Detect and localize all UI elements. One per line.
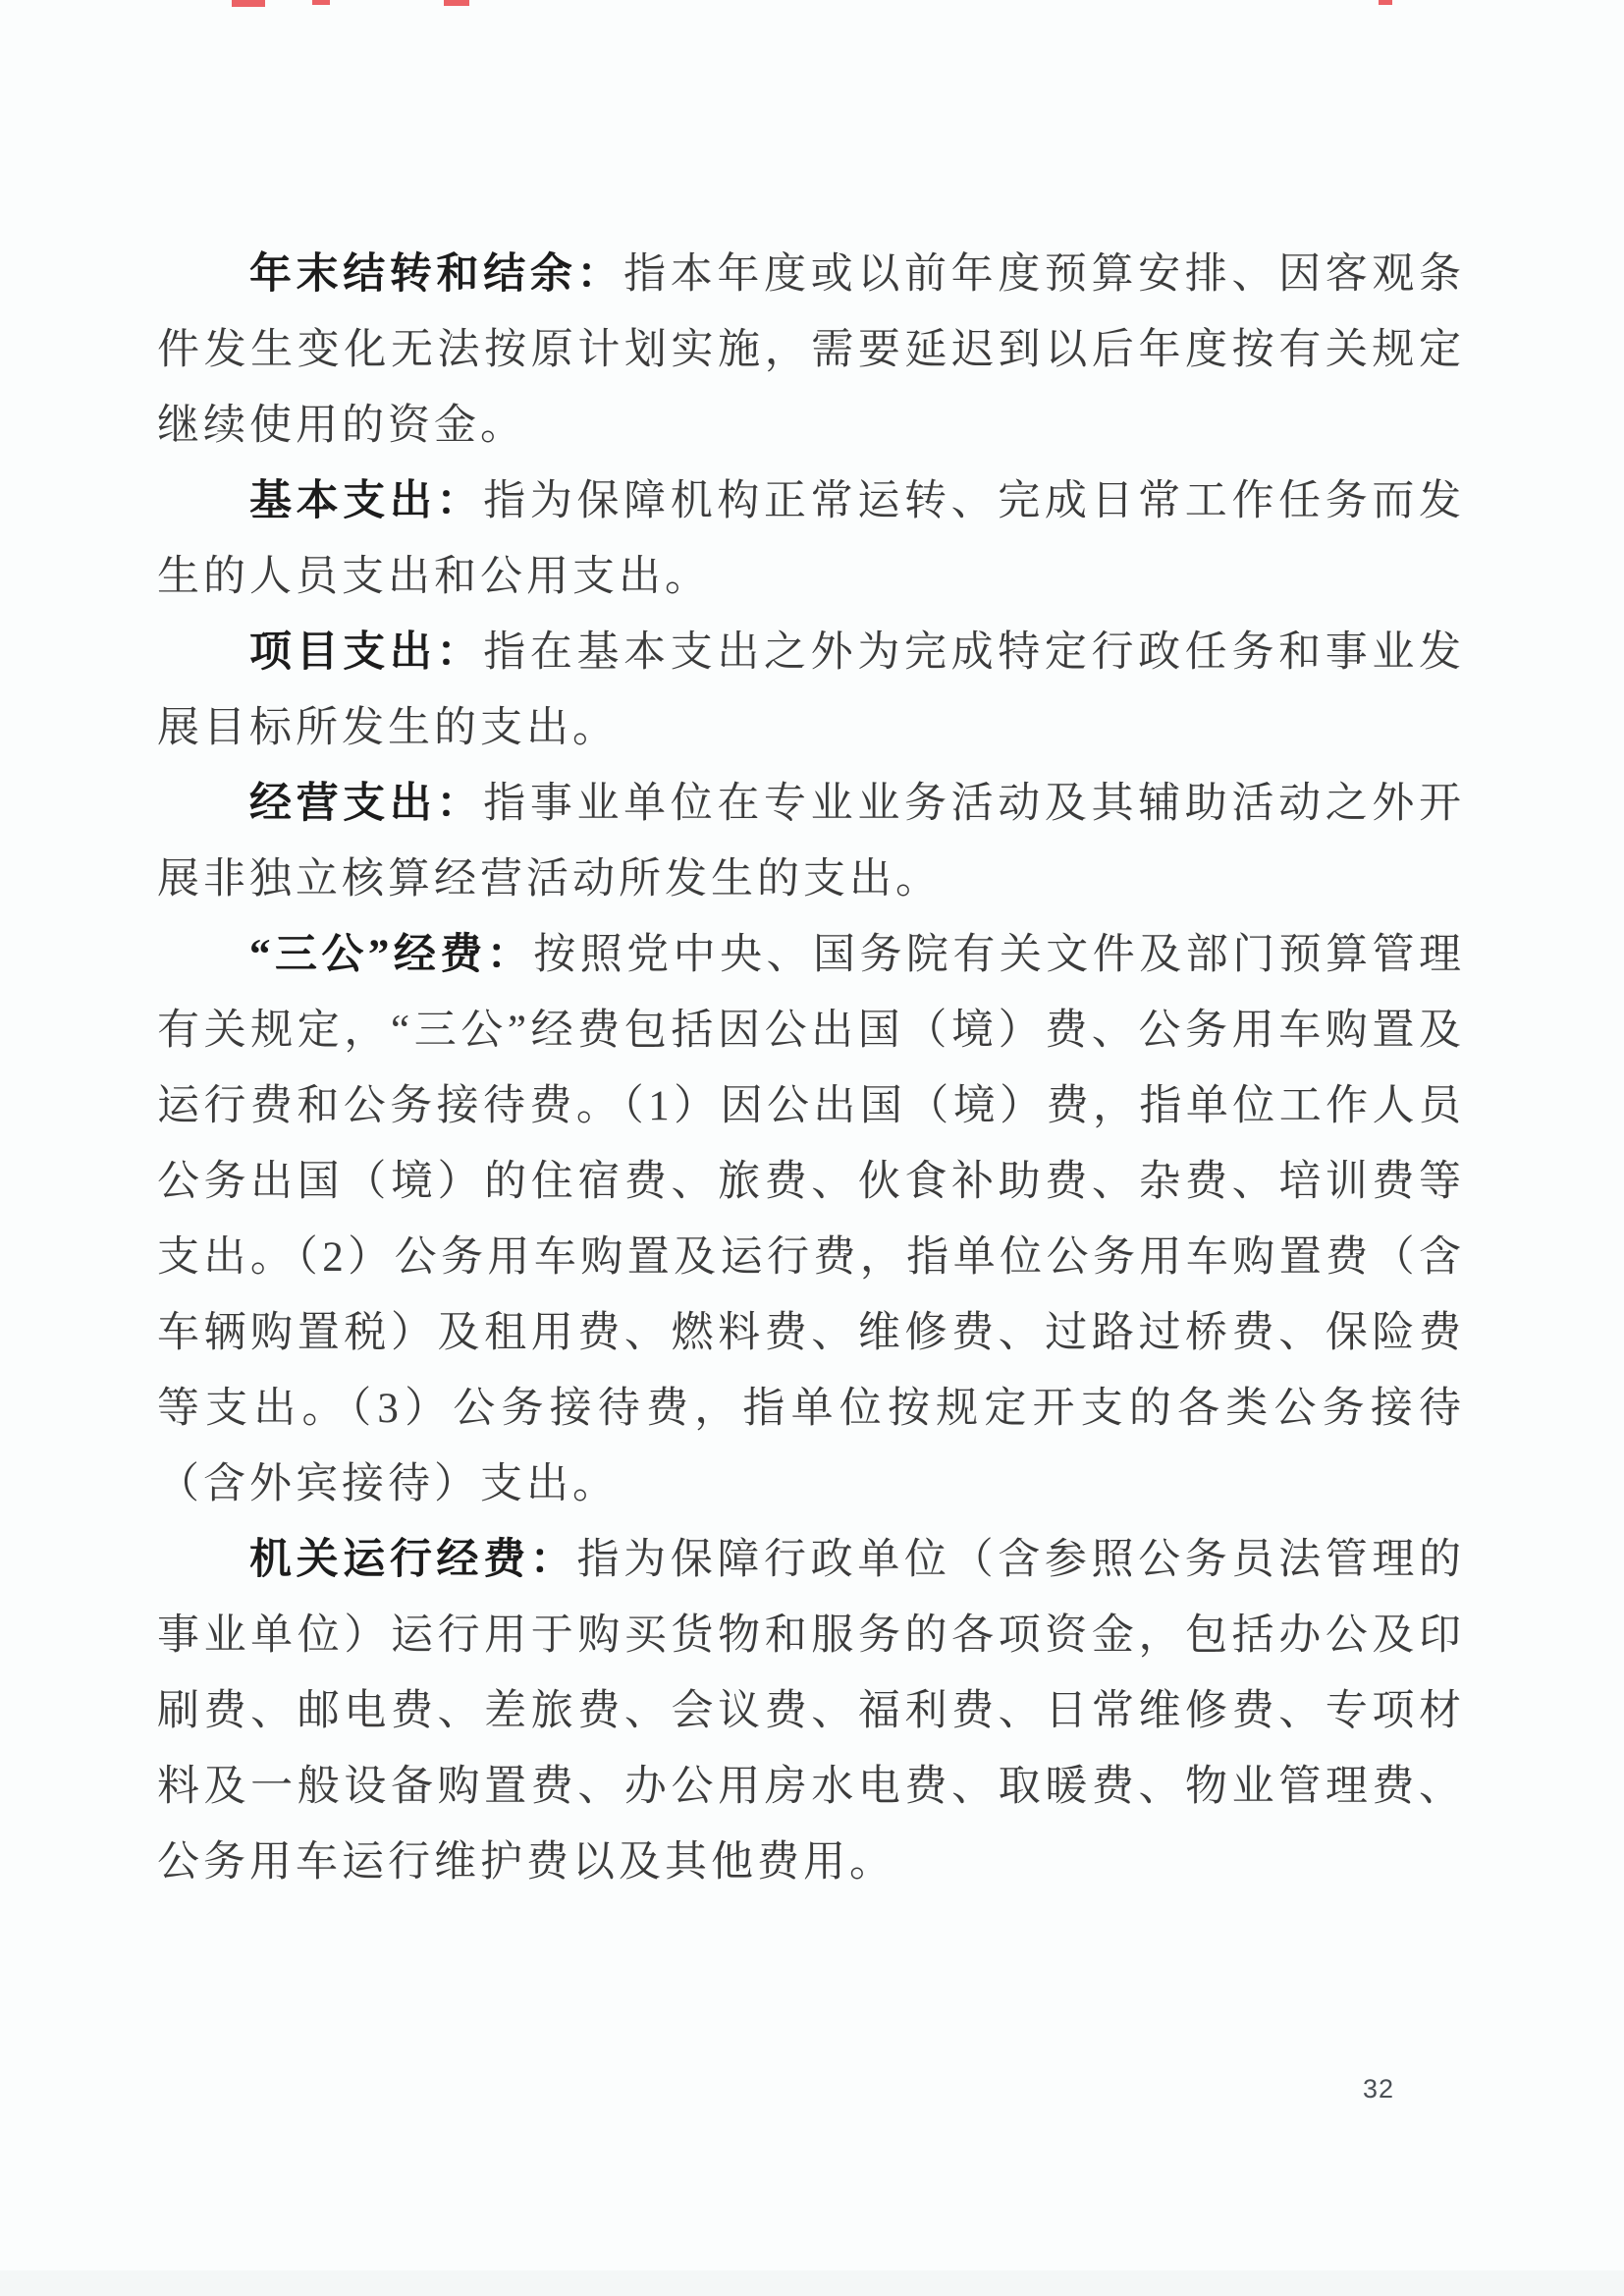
term-label: “三公”经费： bbox=[249, 932, 533, 978]
term-label: 年末结转和结余： bbox=[249, 251, 623, 298]
term-label: 基本支出： bbox=[249, 478, 483, 524]
term-label: 经营支出： bbox=[249, 781, 483, 827]
paragraph-text: 指为保障行政单位（含参照公务员法管理的事业单位）运行用于购买货物和服务的各项资金… bbox=[157, 1537, 1465, 1886]
scan-artifact bbox=[312, 0, 330, 5]
scan-artifact bbox=[232, 0, 265, 7]
scan-artifact bbox=[444, 0, 469, 6]
page-content: 年末结转和结余：指本年度或以前年度预算安排、因客观条件发生变化无法按原计划实施，… bbox=[157, 237, 1465, 1900]
paragraph-basic-expenditure: 基本支出：指为保障机构正常运转、完成日常工作任务而发生的人员支出和公用支出。 bbox=[157, 464, 1465, 615]
scan-edge-artifact bbox=[0, 2270, 1624, 2296]
paragraph-three-public-funds: “三公”经费：按照党中央、国务院有关文件及部门预算管理有关规定，“三公”经费包括… bbox=[157, 917, 1465, 1522]
paragraph-year-end-carryover: 年末结转和结余：指本年度或以前年度预算安排、因客观条件发生变化无法按原计划实施，… bbox=[157, 237, 1465, 464]
paragraph-operating-expenditure: 经营支出：指事业单位在专业业务活动及其辅助活动之外开展非独立核算经营活动所发生的… bbox=[157, 766, 1465, 917]
page-number: 32 bbox=[1363, 2074, 1394, 2105]
paragraph-agency-operating-funds: 机关运行经费：指为保障行政单位（含参照公务员法管理的事业单位）运行用于购买货物和… bbox=[157, 1522, 1465, 1900]
document-page: 年末结转和结余：指本年度或以前年度预算安排、因客观条件发生变化无法按原计划实施，… bbox=[0, 0, 1624, 2296]
term-label: 项目支出： bbox=[249, 629, 483, 676]
paragraph-text: 按照党中央、国务院有关文件及部门预算管理有关规定，“三公”经费包括因公出国（境）… bbox=[157, 932, 1465, 1507]
paragraph-project-expenditure: 项目支出：指在基本支出之外为完成特定行政任务和事业发展目标所发生的支出。 bbox=[157, 615, 1465, 766]
scan-artifact bbox=[1379, 0, 1392, 5]
term-label: 机关运行经费： bbox=[249, 1537, 576, 1583]
